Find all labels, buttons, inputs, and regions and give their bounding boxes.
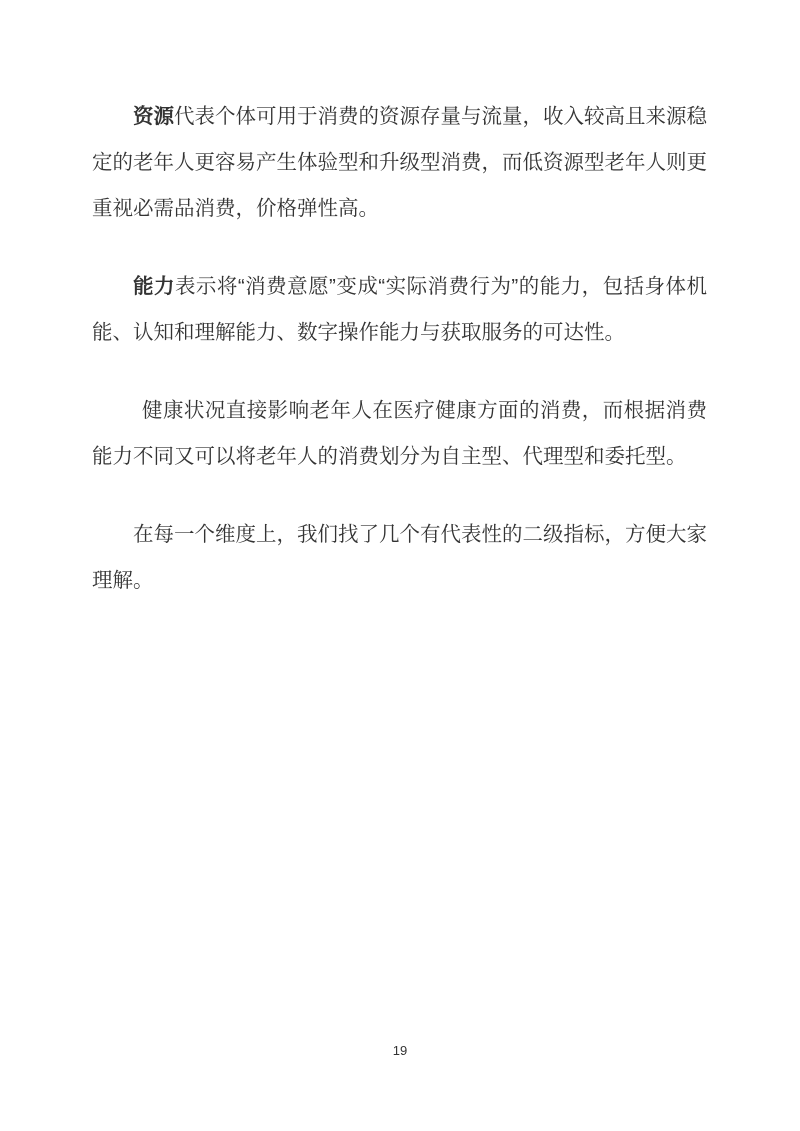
paragraph-text: 在每一个维度上，我们找了几个有代表性的二级指标，方便大家理解。 bbox=[92, 523, 707, 592]
paragraph-health: 健康状况直接影响老年人在医疗健康方面的消费，而根据消费能力不同又可以将老年人的消… bbox=[92, 388, 707, 480]
page-number: 19 bbox=[0, 1042, 800, 1060]
paragraph-text: 健康状况直接影响老年人在医疗健康方面的消费，而根据消费能力不同又可以将老年人的消… bbox=[92, 399, 707, 468]
paragraph-resources: 资源代表个体可用于消费的资源存量与流量，收入较高且来源稳定的老年人更容易产生体验… bbox=[92, 94, 707, 232]
paragraph-text: 表示将“消费意愿”变成“实际消费行为”的能力，包括身体机能、认知和理解能力、数字… bbox=[92, 275, 707, 344]
paragraph-text: 代表个体可用于消费的资源存量与流量，收入较高且来源稳定的老年人更容易产生体验型和… bbox=[92, 105, 707, 220]
paragraph-indicators: 在每一个维度上，我们找了几个有代表性的二级指标，方便大家理解。 bbox=[92, 512, 707, 604]
paragraph-lead-bold: 资源 bbox=[133, 105, 174, 128]
paragraph-lead-bold: 能力 bbox=[133, 275, 175, 298]
page-content: 资源代表个体可用于消费的资源存量与流量，收入较高且来源稳定的老年人更容易产生体验… bbox=[0, 0, 800, 604]
paragraph-ability: 能力表示将“消费意愿”变成“实际消费行为”的能力，包括身体机能、认知和理解能力、… bbox=[92, 264, 707, 356]
document-page: 资源代表个体可用于消费的资源存量与流量，收入较高且来源稳定的老年人更容易产生体验… bbox=[0, 0, 800, 1131]
